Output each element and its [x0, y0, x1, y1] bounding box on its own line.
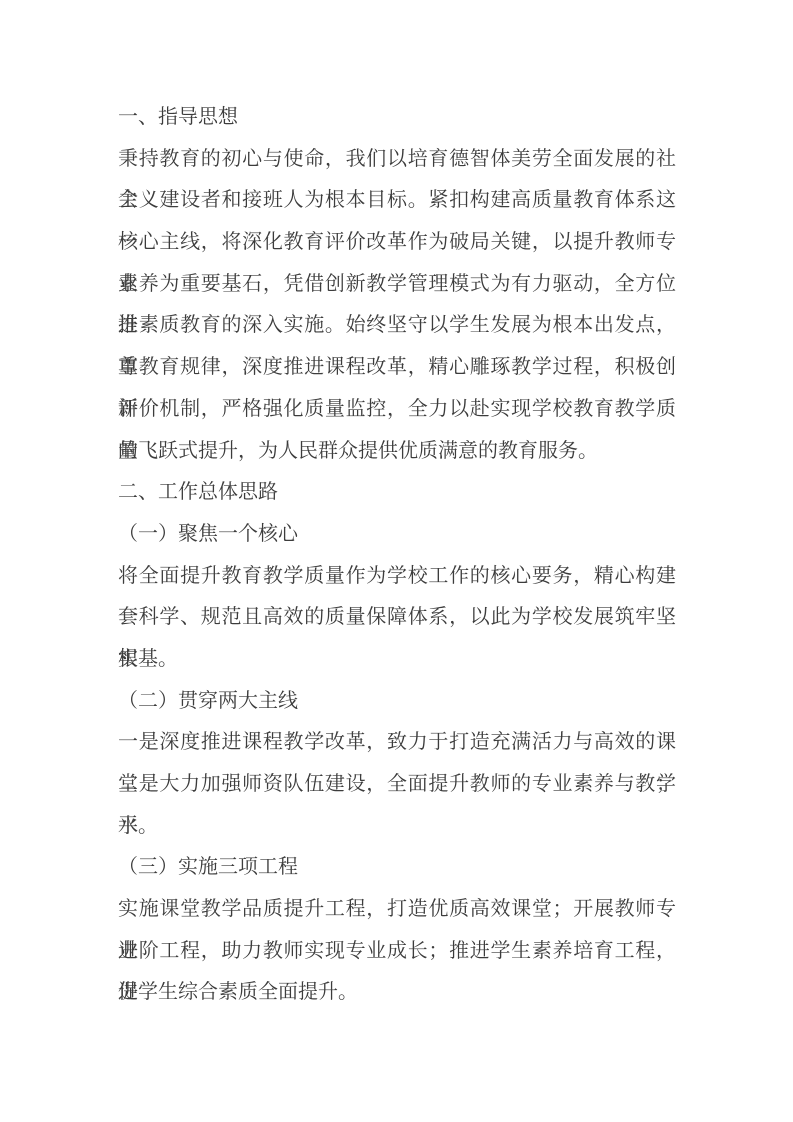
body-line: 秉持教育的初心与使命，我们以培育德智体美劳全面发展的社会: [118, 139, 676, 181]
document-content: 一、指导思想 秉持教育的初心与使命，我们以培育德智体美劳全面发展的社会 主义建设…: [118, 97, 676, 1014]
body-line: 评价机制，严格强化质量监控，全力以赴实现学校教育教学质量: [118, 389, 676, 431]
body-line: 主义建设者和接班人为根本目标。紧扣构建高质量教育体系这一: [118, 180, 676, 222]
subsection-one-core: （一）聚焦一个核心 将全面提升教育教学质量作为学校工作的核心要务，精心构建一 套…: [118, 514, 676, 681]
body-line: 进阶工程，助力教师实现专业成长；推进学生素养培育工程，促: [118, 931, 676, 973]
body-line: 将全面提升教育教学质量作为学校工作的核心要务，精心构建一: [118, 556, 676, 598]
body-line: 重教育规律，深度推进课程改革，精心雕琢教学过程，积极创新: [118, 347, 676, 389]
body-line: 一是深度推进课程教学改革，致力于打造充满活力与高效的课堂；: [118, 722, 676, 764]
body-line: 实施课堂教学品质提升工程，打造优质高效课堂；开展教师专业: [118, 889, 676, 931]
subsection-heading: （二）贯穿两大主线: [118, 681, 676, 723]
section-overall-work-approach: 二、工作总体思路 （一）聚焦一个核心 将全面提升教育教学质量作为学校工作的核心要…: [118, 472, 676, 1014]
body-line: 进素质教育的深入实施。始终坚守以学生发展为根本出发点，尊: [118, 305, 676, 347]
section-heading: 二、工作总体思路: [118, 472, 676, 514]
body-line: 二是大力加强师资队伍建设，全面提升教师的专业素养与教学水: [118, 764, 676, 806]
paragraph: 一是深度推进课程教学改革，致力于打造充满活力与高效的课堂； 二是大力加强师资队伍…: [118, 722, 676, 847]
paragraph: 实施课堂教学品质提升工程，打造优质高效课堂；开展教师专业 进阶工程，助力教师实现…: [118, 889, 676, 1014]
body-line: 套科学、规范且高效的质量保障体系，以此为学校发展筑牢坚实: [118, 597, 676, 639]
body-line: 平。: [118, 806, 676, 848]
subsection-two-main-lines: （二）贯穿两大主线 一是深度推进课程教学改革，致力于打造充满活力与高效的课堂； …: [118, 681, 676, 848]
body-line: 进学生综合素质全面提升。: [118, 972, 676, 1014]
body-line: 核心主线，将深化教育评价改革作为破局关键，以提升教师专业: [118, 222, 676, 264]
body-line: 的飞跃式提升，为人民群众提供优质满意的教育服务。: [118, 431, 676, 473]
paragraph: 将全面提升教育教学质量作为学校工作的核心要务，精心构建一 套科学、规范且高效的质…: [118, 556, 676, 681]
document-page: 一、指导思想 秉持教育的初心与使命，我们以培育德智体美劳全面发展的社会 主义建设…: [0, 0, 793, 1122]
subsection-three-projects: （三）实施三项工程 实施课堂教学品质提升工程，打造优质高效课堂；开展教师专业 进…: [118, 847, 676, 1014]
section-heading: 一、指导思想: [118, 97, 676, 139]
body-line: 素养为重要基石，凭借创新教学管理模式为有力驱动，全方位推: [118, 264, 676, 306]
subsection-heading: （三）实施三项工程: [118, 847, 676, 889]
body-line: 根基。: [118, 639, 676, 681]
section-guiding-ideology: 一、指导思想 秉持教育的初心与使命，我们以培育德智体美劳全面发展的社会 主义建设…: [118, 97, 676, 472]
paragraph: 秉持教育的初心与使命，我们以培育德智体美劳全面发展的社会 主义建设者和接班人为根…: [118, 139, 676, 473]
subsection-heading: （一）聚焦一个核心: [118, 514, 676, 556]
